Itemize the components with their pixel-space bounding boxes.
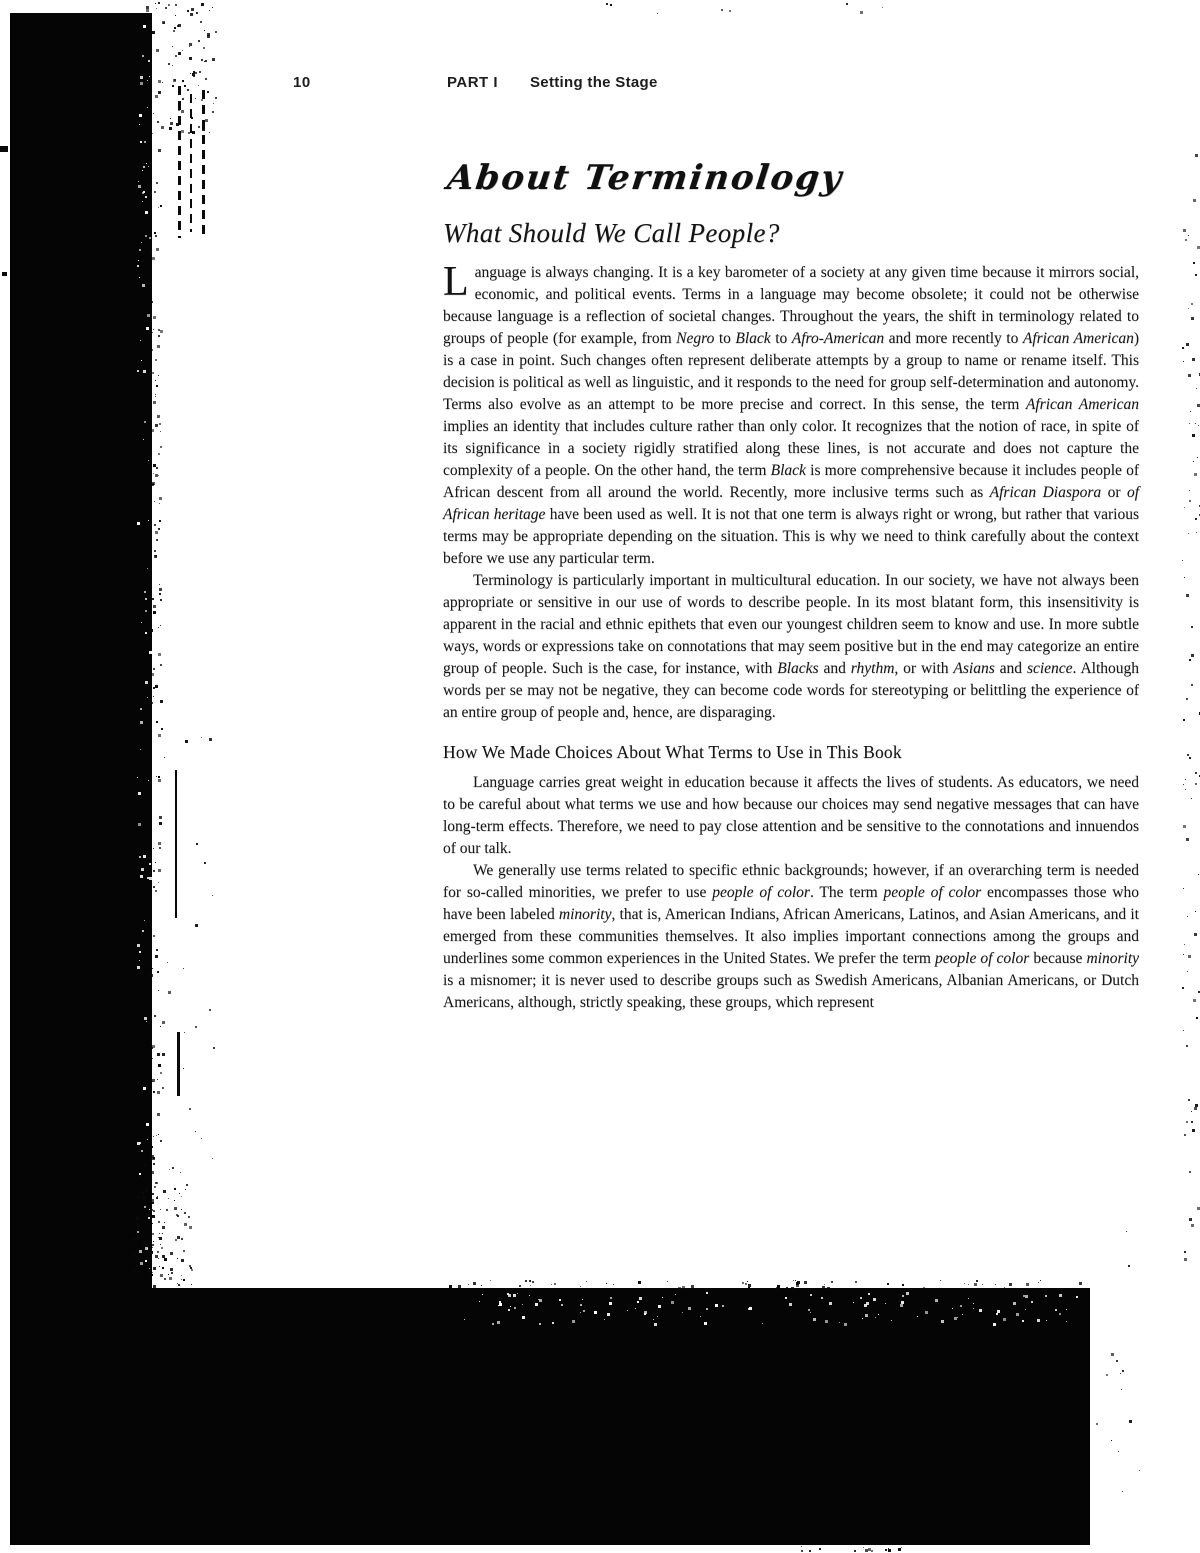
noise-dot: [152, 257, 155, 260]
noise-dot: [207, 33, 210, 36]
noise-dot: [808, 1309, 810, 1311]
noise-dot: [860, 11, 863, 14]
noise-dot: [152, 133, 153, 134]
noise-dot: [170, 1268, 173, 1271]
noise-dot: [152, 1272, 153, 1273]
noise-dot: [1184, 944, 1185, 945]
noise-dot: [136, 1237, 137, 1238]
noise-dot: [151, 1179, 152, 1180]
noise-dot: [1003, 1318, 1006, 1321]
noise-dot: [156, 539, 158, 541]
noise-dot: [887, 1283, 889, 1285]
noise-dot: [146, 1213, 149, 1216]
page-number: 10: [293, 74, 311, 91]
noise-dot: [150, 1063, 151, 1064]
intro-paragraphs: Language is always changing. It is a key…: [443, 262, 1139, 724]
noise-dot: [181, 1209, 182, 1210]
noise-dot: [182, 50, 183, 51]
noise-dot: [156, 182, 158, 184]
noise-dot: [143, 439, 144, 440]
noise-dot: [192, 131, 194, 133]
noise-dot: [700, 1316, 701, 1317]
noise-dot: [139, 856, 141, 858]
noise-dot: [637, 1301, 639, 1303]
noise-dot: [160, 599, 162, 601]
noise-dot: [140, 141, 142, 143]
noise-dot: [791, 1287, 794, 1290]
noise-dot: [158, 207, 159, 208]
noise-dot: [155, 394, 156, 395]
noise-dot: [168, 991, 171, 994]
noise-dot: [682, 1286, 685, 1289]
noise-dot: [149, 877, 152, 880]
noise-dot: [535, 1303, 538, 1306]
noise-dot: [957, 1317, 958, 1318]
noise-dot: [1111, 1353, 1114, 1356]
noise-dot: [801, 1546, 802, 1547]
noise-dot: [138, 1236, 140, 1238]
noise-dot: [151, 1155, 154, 1158]
noise-dot: [871, 1550, 873, 1552]
noise-dot: [153, 605, 156, 608]
noise-dot: [183, 968, 184, 969]
noise-dot: [1186, 698, 1188, 700]
noise-dot: [148, 520, 149, 521]
noise-dot: [1194, 933, 1197, 936]
noise-dot: [795, 1280, 796, 1281]
noise-dot: [159, 593, 161, 595]
noise-dot: [644, 1313, 646, 1315]
noise-dot: [145, 598, 147, 600]
noise-dot: [144, 1206, 146, 1208]
noise-dot: [1197, 1017, 1198, 1018]
noise-dot: [181, 110, 184, 113]
scan-dash-line: [202, 90, 205, 236]
noise-dot: [159, 497, 162, 500]
noise-dot: [150, 1251, 153, 1254]
noise-dot: [152, 1193, 154, 1195]
noise-dot: [159, 1237, 162, 1240]
noise-dot: [153, 1091, 155, 1093]
noise-dot: [153, 886, 155, 888]
noise-dot: [160, 205, 162, 207]
subsection-heading: How We Made Choices About What Terms to …: [443, 741, 1139, 763]
noise-dot: [132, 1205, 134, 1207]
noise-dot: [146, 1123, 149, 1126]
noise-dot: [580, 1304, 582, 1306]
noise-dot: [140, 708, 142, 710]
noise-dot: [519, 1285, 521, 1287]
noise-dot: [653, 1319, 654, 1320]
noise-dot: [143, 1087, 146, 1090]
noise-dot: [141, 1150, 143, 1152]
noise-dot: [172, 46, 173, 47]
noise-dot: [749, 1307, 752, 1310]
noise-dot: [1187, 754, 1189, 756]
noise-dot: [522, 1304, 523, 1305]
noise-dot: [145, 1260, 147, 1262]
noise-dot: [160, 1274, 163, 1277]
noise-dot: [174, 27, 176, 29]
noise-dot: [144, 1166, 145, 1167]
noise-dot: [796, 1284, 799, 1287]
noise-dot: [156, 721, 158, 723]
noise-dot: [960, 1305, 962, 1307]
noise-dot: [185, 1189, 186, 1190]
noise-dot: [161, 126, 164, 129]
noise-dot: [691, 1285, 694, 1288]
noise-dot: [191, 8, 194, 11]
noise-dot: [497, 1321, 500, 1324]
noise-dot: [158, 779, 161, 782]
noise-dot: [580, 1286, 581, 1287]
noise-dot: [853, 1302, 854, 1303]
noise-dot: [1195, 783, 1197, 785]
noise-dot: [176, 778, 177, 779]
noise-dot: [667, 1281, 668, 1282]
noise-dot: [151, 301, 153, 303]
noise-dot: [158, 990, 159, 991]
noise-dot: [209, 10, 210, 11]
noise-dot: [144, 1017, 147, 1020]
noise-dot: [180, 1172, 181, 1173]
noise-dot: [1026, 1283, 1029, 1286]
noise-dot: [158, 149, 161, 152]
noise-dot: [147, 568, 148, 569]
noise-dot: [954, 1317, 957, 1320]
noise-dot: [968, 1298, 969, 1299]
noise-dot: [996, 1313, 998, 1315]
scan-edge-band-left: [10, 13, 152, 1293]
noise-dot: [138, 260, 139, 261]
noise-dot: [160, 446, 162, 448]
noise-dot: [610, 1297, 612, 1299]
noise-dot: [139, 951, 141, 953]
noise-dot: [149, 1268, 150, 1269]
noise-dot: [215, 97, 217, 99]
noise-dot: [189, 1265, 191, 1267]
drop-cap: L: [443, 262, 475, 304]
noise-dot: [1096, 1423, 1098, 1425]
noise-dot: [464, 1319, 465, 1320]
noise-dot: [162, 1226, 165, 1229]
noise-dot: [177, 1236, 180, 1239]
noise-dot: [155, 862, 156, 863]
noise-dot: [508, 1294, 511, 1297]
noise-dot: [715, 1304, 718, 1307]
noise-dot: [1128, 1265, 1130, 1267]
noise-dot: [142, 284, 145, 287]
noise-dot: [164, 1258, 166, 1260]
noise-dot: [158, 776, 160, 778]
noise-dot: [143, 370, 146, 373]
noise-dot: [572, 1320, 575, 1323]
noise-dot: [810, 1312, 811, 1313]
paragraph: Terminology is particularly important in…: [443, 570, 1139, 724]
noise-dot: [151, 673, 154, 676]
noise-dot: [158, 1258, 159, 1259]
noise-dot: [1025, 1309, 1026, 1310]
noise-dot: [1191, 1111, 1192, 1112]
noise-dot: [156, 949, 158, 951]
noise-dot: [1185, 779, 1186, 780]
noise-dot: [973, 1303, 974, 1304]
noise-dot: [554, 1283, 556, 1285]
noise-dot: [729, 10, 731, 12]
noise-dot: [140, 749, 141, 750]
noise-dot: [1046, 1320, 1047, 1321]
noise-dot: [824, 1284, 825, 1285]
noise-dot: [191, 117, 193, 119]
noise-dot: [1045, 1295, 1047, 1297]
noise-dot: [174, 1207, 177, 1210]
noise-dot: [161, 728, 163, 730]
noise-dot: [139, 1255, 141, 1257]
noise-dot: [151, 1047, 153, 1049]
noise-dot: [155, 531, 158, 534]
noise-dot: [150, 962, 151, 963]
noise-dot: [152, 598, 154, 600]
noise-dot: [855, 1281, 857, 1283]
noise-dot: [162, 21, 165, 24]
noise-dot: [159, 588, 162, 591]
noise-dot: [146, 6, 149, 9]
noise-dot: [1190, 411, 1191, 412]
noise-dot: [137, 522, 140, 525]
noise-dot: [139, 1250, 142, 1253]
noise-dot: [1186, 594, 1189, 597]
noise-dot: [201, 99, 203, 101]
noise-dot: [610, 4, 612, 6]
noise-dot: [198, 40, 200, 42]
noise-dot: [154, 550, 156, 552]
noise-dot: [153, 1285, 156, 1288]
noise-dot: [150, 714, 151, 715]
noise-dot: [482, 1294, 483, 1295]
noise-dot: [559, 1299, 561, 1301]
noise-dot: [902, 1284, 904, 1286]
noise-dot: [143, 1196, 146, 1199]
noise-dot: [160, 625, 161, 626]
noise-dot: [183, 1068, 184, 1069]
noise-dot: [139, 1176, 141, 1178]
noise-dot: [982, 1284, 983, 1285]
subsection-paragraphs: Language carries great weight in educati…: [443, 772, 1139, 1014]
noise-dot: [159, 584, 160, 585]
noise-dot: [513, 1294, 516, 1297]
noise-dot: [145, 681, 148, 684]
noise-dot: [146, 163, 147, 164]
noise-dot: [151, 1146, 153, 1148]
noise-dot: [157, 1053, 160, 1056]
noise-dot: [777, 1285, 780, 1288]
noise-dot: [157, 1251, 159, 1253]
noise-dot: [157, 345, 160, 348]
noise-dot: [941, 1320, 944, 1323]
noise-dot: [181, 1238, 183, 1240]
noise-dot: [137, 944, 140, 947]
noise-dot: [1183, 361, 1184, 362]
noise-dot: [168, 1198, 169, 1199]
noise-dot: [155, 3, 156, 4]
noise-dot: [157, 1091, 160, 1094]
noise-dot: [479, 1301, 480, 1302]
noise-dot: [1182, 347, 1184, 349]
noise-dot: [144, 421, 146, 423]
scan-edge-mark: [0, 146, 8, 152]
noise-dot: [973, 1308, 974, 1309]
noise-dot: [188, 132, 190, 134]
noise-dot: [149, 1209, 150, 1210]
noise-dot: [154, 555, 157, 558]
noise-dot: [138, 181, 139, 182]
noise-dot: [158, 335, 160, 337]
noise-dot: [799, 1283, 800, 1284]
noise-dot: [212, 1158, 213, 1159]
noise-dot: [473, 1282, 476, 1285]
noise-dot: [150, 1207, 151, 1208]
text-column: About Terminology What Should We Call Pe…: [443, 158, 1139, 1014]
noise-dot: [1182, 987, 1184, 989]
noise-dot: [952, 1308, 953, 1309]
noise-dot: [150, 629, 153, 632]
noise-dot: [1191, 654, 1194, 657]
noise-dot: [1196, 532, 1197, 533]
noise-dot: [132, 1269, 135, 1272]
noise-dot: [139, 1173, 141, 1175]
noise-dot: [196, 843, 198, 845]
noise-dot: [1079, 1282, 1082, 1285]
noise-dot: [789, 1303, 792, 1306]
noise-dot: [1183, 954, 1184, 955]
noise-dot: [862, 1318, 863, 1319]
noise-dot: [156, 8, 157, 9]
noise-dot: [136, 1217, 139, 1220]
noise-dot: [155, 396, 156, 397]
noise-dot: [868, 1293, 870, 1295]
noise-dot: [175, 55, 177, 57]
noise-dot: [898, 1548, 901, 1551]
noise-dot: [906, 1292, 909, 1295]
noise-dot: [481, 1285, 482, 1286]
noise-dot: [174, 1200, 175, 1201]
noise-dot: [1195, 274, 1197, 276]
noise-dot: [195, 98, 196, 99]
noise-dot: [139, 124, 140, 125]
noise-dot: [209, 738, 212, 741]
noise-dot: [821, 1297, 823, 1299]
noise-dot: [152, 372, 154, 374]
noise-dot: [1195, 518, 1197, 520]
noise-dot: [154, 524, 156, 526]
noise-dot: [190, 1267, 192, 1269]
noise-dot: [1055, 1309, 1057, 1311]
noise-dot: [529, 1295, 530, 1296]
noise-dot: [525, 1280, 527, 1282]
noise-dot: [157, 121, 159, 123]
noise-dot: [195, 1131, 196, 1132]
noise-dot: [657, 1316, 658, 1317]
noise-dot: [1185, 239, 1187, 241]
noise-dot: [191, 1269, 193, 1271]
noise-dot: [1183, 229, 1186, 232]
noise-dot: [154, 501, 155, 502]
noise-dot: [201, 1138, 202, 1139]
noise-dot: [169, 1169, 170, 1170]
noise-dot: [158, 1134, 159, 1135]
noise-dot: [1183, 1030, 1184, 1031]
noise-dot: [844, 1323, 847, 1326]
noise-dot: [212, 58, 215, 61]
noise-dot: [164, 1222, 165, 1223]
noise-dot: [188, 1216, 190, 1218]
noise-dot: [156, 1197, 158, 1199]
noise-dot: [1197, 457, 1198, 458]
noise-dot: [182, 98, 184, 100]
noise-dot: [158, 842, 161, 845]
noise-dot: [156, 385, 158, 387]
noise-dot: [150, 840, 151, 841]
noise-dot: [854, 1550, 856, 1552]
noise-dot: [160, 1140, 162, 1142]
paragraph: Language is always changing. It is a key…: [443, 262, 1139, 570]
noise-dot: [1191, 317, 1194, 320]
noise-dot: [1188, 955, 1191, 958]
noise-dot: [551, 1284, 552, 1285]
noise-dot: [137, 370, 139, 372]
noise-dot: [178, 1284, 180, 1286]
noise-dot: [150, 1273, 151, 1274]
noise-dot: [201, 737, 202, 738]
noise-dot: [150, 1041, 152, 1043]
noise-dot: [804, 1281, 807, 1284]
noise-dot: [1016, 1313, 1019, 1316]
noise-dot: [158, 475, 159, 476]
noise-dot: [151, 642, 152, 643]
noise-dot: [1182, 560, 1183, 561]
noise-dot: [215, 31, 217, 33]
noise-dot: [863, 1547, 864, 1548]
noise-dot: [150, 1204, 152, 1206]
noise-dot: [678, 1287, 681, 1290]
noise-dot: [184, 1032, 185, 1033]
noise-dot: [162, 1021, 165, 1024]
noise-dot: [139, 960, 140, 961]
noise-dot: [159, 816, 162, 819]
noise-dot: [148, 1217, 150, 1219]
noise-dot: [212, 111, 214, 113]
noise-dot: [1118, 1451, 1119, 1452]
noise-dot: [149, 1237, 150, 1238]
noise-dot: [1183, 784, 1184, 785]
noise-dot: [1193, 999, 1196, 1002]
noise-dot: [155, 380, 156, 381]
noise-dot: [604, 1319, 605, 1320]
noise-dot: [141, 868, 144, 871]
noise-dot: [145, 1247, 148, 1250]
noise-dot: [152, 1215, 155, 1218]
noise-dot: [209, 1009, 211, 1011]
noise-dot: [151, 429, 154, 432]
noise-dot: [940, 1280, 941, 1281]
noise-dot: [635, 1308, 636, 1309]
noise-dot: [176, 1214, 178, 1216]
noise-dot: [168, 1274, 169, 1275]
noise-dot: [149, 237, 151, 239]
noise-dot: [189, 1108, 191, 1110]
noise-dot: [1187, 971, 1188, 972]
noise-dot: [517, 1293, 518, 1294]
